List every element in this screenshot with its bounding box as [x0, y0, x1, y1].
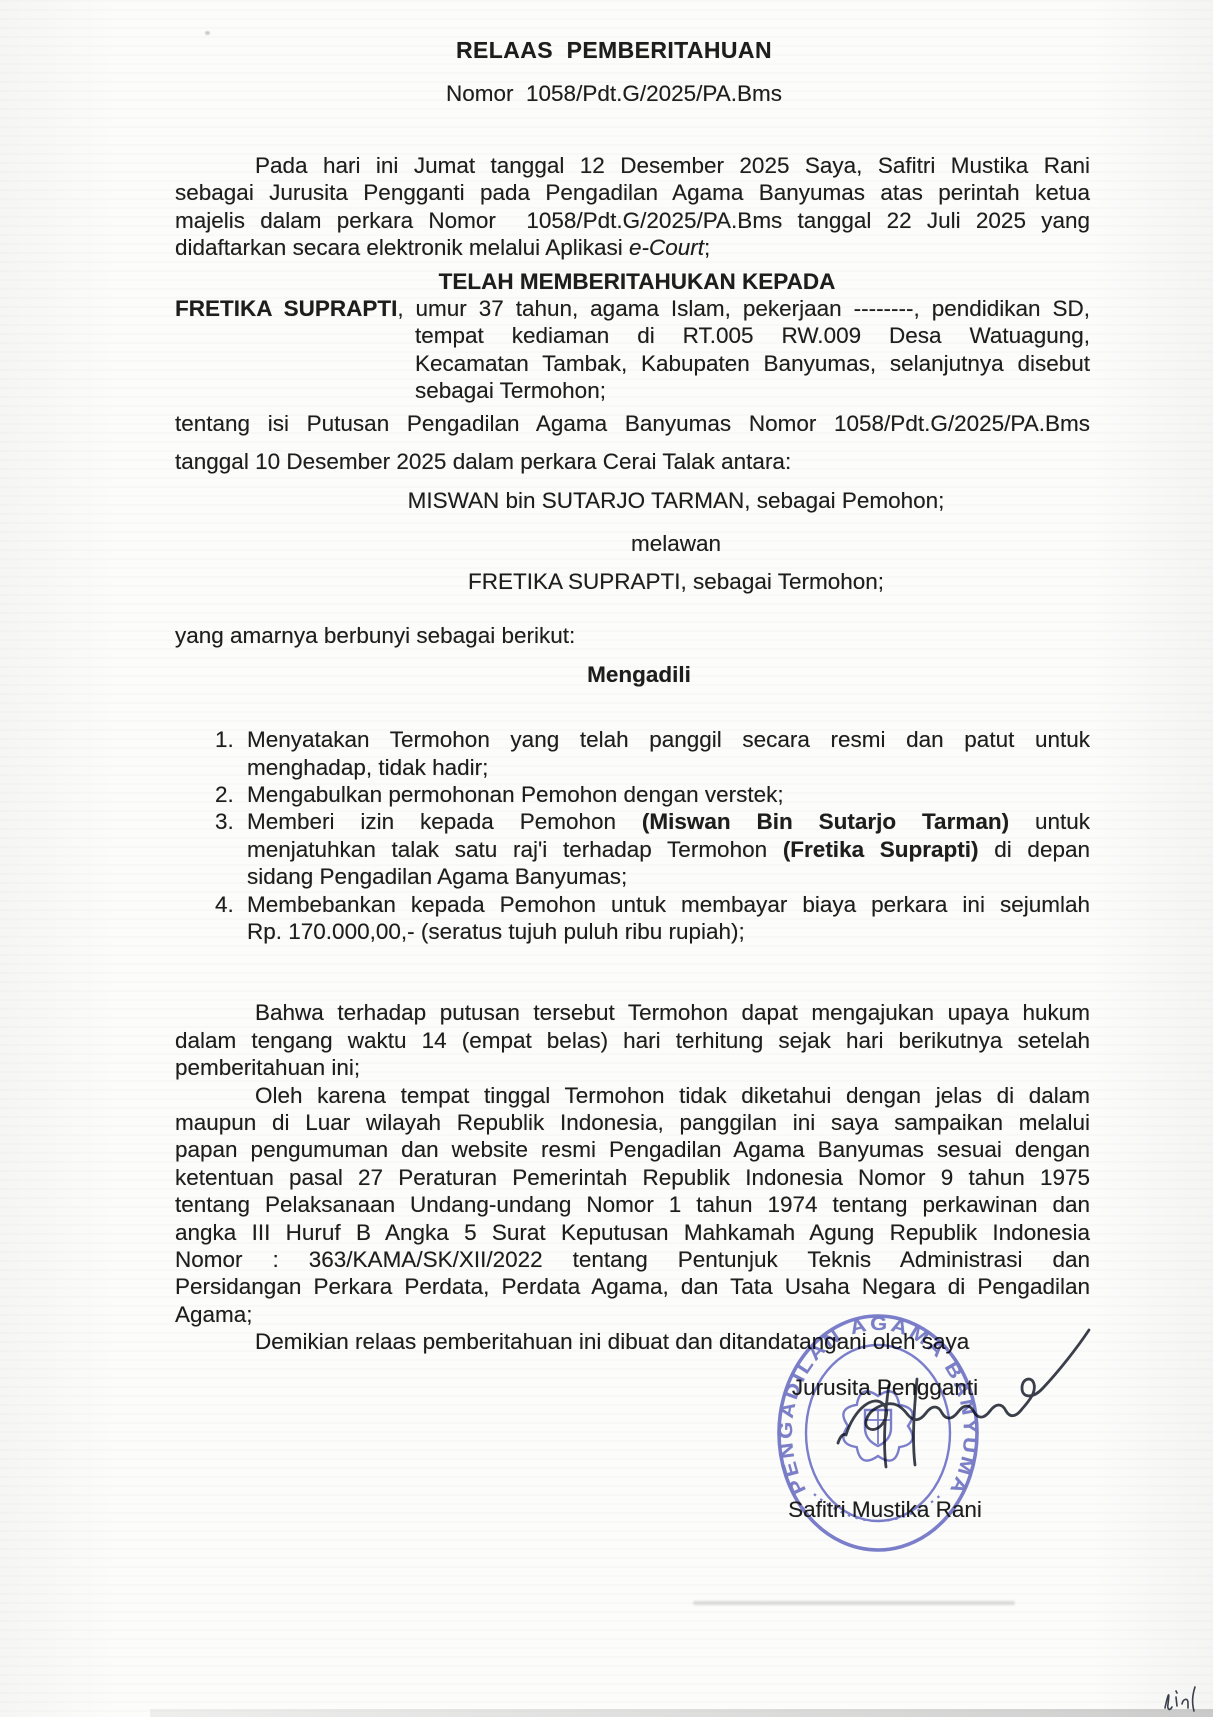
recipient-line-text: , umur 37 tahun, agama Islam, pekerjaan … — [397, 296, 1090, 321]
opening-line: sebagai Jurusita Pengganti pada Pengadil… — [175, 179, 1090, 206]
ruling-item: 2. Mengabulkan permohonan Pemohon dengan… — [175, 781, 1090, 808]
notified-heading: TELAH MEMBERITAHUKAN KEPADA — [184, 268, 1090, 295]
petitioner-bold-name: (Miswan Bin Sutarjo Tarman) — [642, 809, 1009, 834]
corner-initials-mark — [1160, 1684, 1206, 1714]
opening-line: didaftarkan secara elektronik melalui Ap… — [175, 234, 1090, 261]
scanned-court-document-page: RELAAS PEMBERITAHUAN Nomor 1058/Pdt.G/20… — [0, 0, 1213, 1717]
case-number: Nomor 1058/Pdt.G/2025/PA.Bms — [175, 80, 1053, 108]
service-line: Persidangan Perkara Perdata, Perdata Aga… — [175, 1273, 1090, 1300]
respondent-bold-name: (Fretika Suprapti) — [783, 837, 979, 862]
ruling-heading: Mengadili — [188, 661, 1090, 688]
recipient-paragraph: FRETIKA SUPRAPTI, umur 37 tahun, agama I… — [175, 295, 1090, 405]
ruling-item-text: untuk — [1009, 809, 1090, 834]
petitioner-line: MISWAN bin SUTARJO TARMAN, sebagai Pemoh… — [262, 487, 1090, 514]
opening-line: majelis dalam perkara Nomor 1058/Pdt.G/2… — [175, 207, 1090, 234]
ruling-item-text: di depan — [979, 837, 1090, 862]
ruling-item-text: Memberi izin kepada Pemohon — [247, 809, 642, 834]
scan-streak — [693, 1601, 1015, 1605]
ruling-list: 1. Menyatakan Termohon yang telah panggi… — [175, 726, 1090, 945]
ruling-item-line: Menyatakan Termohon yang telah panggil s… — [247, 726, 1090, 753]
scan-edge-shadow — [150, 1709, 1213, 1717]
ruling-item: 4. Membebankan kepada Pemohon untuk memb… — [175, 891, 1090, 946]
handwritten-signature — [830, 1315, 1100, 1480]
service-line: ketentuan pasal 27 Peraturan Pemerintah … — [175, 1164, 1090, 1191]
document-title: RELAAS PEMBERITAHUAN — [175, 36, 1053, 64]
item-number: 4. — [175, 891, 247, 946]
opening-line-text: didaftarkan secara elektronik melalui Ap… — [175, 235, 629, 260]
item-number: 3. — [175, 808, 247, 890]
versus-line: melawan — [262, 530, 1090, 557]
opening-line: Pada hari ini Jumat tanggal 12 Desember … — [175, 152, 1090, 179]
ruling-intro: yang amarnya berbunyi sebagai berikut: — [175, 622, 1090, 649]
respondent-line: FRETIKA SUPRAPTI, sebagai Termohon; — [262, 568, 1090, 595]
service-line: angka III Huruf B Angka 5 Surat Keputusa… — [175, 1219, 1090, 1246]
recipient-line: Kecamatan Tambak, Kabupaten Banyumas, se… — [415, 350, 1090, 377]
ruling-item: 3. Memberi izin kepada Pemohon (Miswan B… — [175, 808, 1090, 890]
recipient-line: sebagai Termohon; — [415, 377, 1090, 404]
opening-paragraph: Pada hari ini Jumat tanggal 12 Desember … — [175, 152, 1090, 262]
ruling-item-line: menjatuhkan talak satu raj'i terhadap Te… — [247, 836, 1090, 863]
ruling-item: 1. Menyatakan Termohon yang telah panggi… — [175, 726, 1090, 781]
ruling-item-line: menghadap, tidak hadir; — [247, 754, 1090, 781]
recipient-name: FRETIKA SUPRAPTI — [175, 296, 397, 321]
ecourt-italic: e-Court — [629, 235, 704, 260]
scan-speck — [205, 31, 210, 35]
remedy-line: dalam tengang waktu 14 (empat belas) har… — [175, 1027, 1090, 1054]
ruling-item-line: Memberi izin kepada Pemohon (Miswan Bin … — [247, 808, 1090, 835]
subject-line: tentang isi Putusan Pengadilan Agama Ban… — [175, 405, 1090, 443]
item-number: 2. — [175, 781, 247, 808]
remedy-line: pemberitahuan ini; — [175, 1054, 1090, 1081]
service-line: Oleh karena tempat tinggal Termohon tida… — [175, 1082, 1090, 1109]
ruling-item-line: Mengabulkan permohonan Pemohon dengan ve… — [247, 781, 1090, 808]
ruling-item-line: sidang Pengadilan Agama Banyumas; — [247, 863, 1090, 890]
service-line: tentang Pelaksanaan Undang-undang Nomor … — [175, 1191, 1090, 1218]
ruling-item-line: Rp. 170.000,00,- (seratus tujuh puluh ri… — [247, 918, 1090, 945]
service-line: maupun di Luar wilayah Republik Indonesi… — [175, 1109, 1090, 1136]
remedy-line: Bahwa terhadap putusan tersebut Termohon… — [175, 999, 1090, 1026]
recipient-line: tempat kediaman di RT.005 RW.009 Desa Wa… — [415, 322, 1090, 349]
ruling-item-line: Membebankan kepada Pemohon untuk membaya… — [247, 891, 1090, 918]
subject-paragraph: tentang isi Putusan Pengadilan Agama Ban… — [175, 405, 1090, 481]
service-method-paragraph: Oleh karena tempat tinggal Termohon tida… — [175, 1082, 1090, 1329]
service-line: papan pengumuman dan website resmi Penga… — [175, 1136, 1090, 1163]
signatory-name: Safitri Mustika Rani — [734, 1496, 1036, 1523]
ruling-item-text: menjatuhkan talak satu raj'i terhadap Te… — [247, 837, 783, 862]
document-body: RELAAS PEMBERITAHUAN Nomor 1058/Pdt.G/20… — [0, 36, 1213, 1355]
remedy-paragraph: Bahwa terhadap putusan tersebut Termohon… — [175, 999, 1090, 1081]
service-line: Nomor : 363/KAMA/SK/XII/2022 tentang Pen… — [175, 1246, 1090, 1273]
subject-line: tanggal 10 Desember 2025 dalam perkara C… — [175, 443, 1090, 481]
recipient-line: FRETIKA SUPRAPTI, umur 37 tahun, agama I… — [175, 295, 1090, 322]
item-number: 1. — [175, 726, 247, 781]
opening-line-text: ; — [704, 235, 710, 260]
